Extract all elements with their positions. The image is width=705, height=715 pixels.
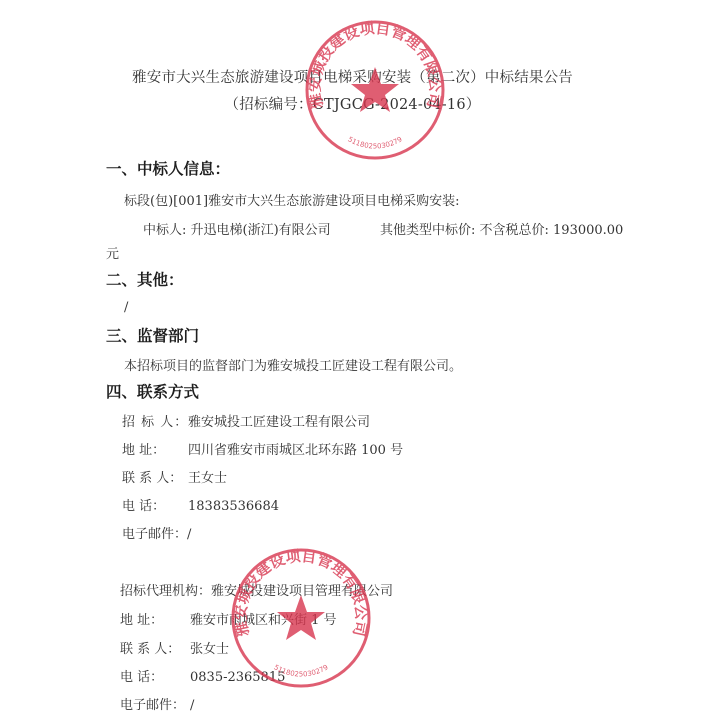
agency-phone-row: 电 话：0835-2365815 <box>120 666 285 685</box>
tenderer-name-label: 招 标 人： <box>122 411 188 430</box>
section-heading-supervision: 三、监督部门 <box>106 324 199 346</box>
other-content: / <box>124 300 128 315</box>
tenderer-person-label: 联 系 人： <box>122 467 188 486</box>
svg-text:5118025030279: 5118025030279 <box>346 135 403 150</box>
tenderer-phone-label: 电 话： <box>122 495 188 514</box>
agency-email-label: 电子邮件： <box>120 694 190 713</box>
tenderer-person-row: 联 系 人：王女士 <box>122 467 227 486</box>
tenderer-name: 雅安城投工匠建设工程有限公司 <box>188 415 370 430</box>
section-heading-contact: 四、联系方式 <box>106 380 199 402</box>
agency-name-label: 招标代理机构： <box>120 584 211 599</box>
winning-price: 其他类型中标价: 不含税总价: 193000.00 <box>380 219 623 238</box>
supervision-content: 本招标项目的监督部门为雅安城投工匠建设工程有限公司。 <box>124 355 462 374</box>
document-title: 雅安市大兴生态旅游建设项目电梯采购安装（第二次）中标结果公告 <box>0 66 705 87</box>
agency-phone: 0835-2365815 <box>190 670 285 685</box>
agency-email: / <box>190 698 194 713</box>
section-heading-other: 二、其他： <box>106 268 184 290</box>
tenderer-person: 王女士 <box>188 471 227 486</box>
agency-person: 张女士 <box>190 642 229 657</box>
agency-address-label: 地 址： <box>120 609 190 628</box>
tender-number: （招标编号：CTJGCG-2024-04-16） <box>0 93 705 114</box>
tenderer-address: 四川省雅安市雨城区北环东路 100 号 <box>188 443 403 458</box>
winner-name: 中标人: 升迅电梯(浙江)有限公司 <box>143 219 331 238</box>
agency-person-row: 联 系 人：张女士 <box>120 638 229 657</box>
tenderer-address-label: 地 址： <box>122 439 188 458</box>
agency-address-row: 地 址：雅安市雨城区和兴街 1 号 <box>120 609 337 628</box>
agency-person-label: 联 系 人： <box>120 638 190 657</box>
tenderer-name-row: 招 标 人：雅安城投工匠建设工程有限公司 <box>122 411 370 430</box>
agency-name: 雅安城投建设项目管理有限公司 <box>211 584 393 599</box>
agency-name-row: 招标代理机构：雅安城投建设项目管理有限公司 <box>120 580 393 599</box>
agency-phone-label: 电 话： <box>120 666 190 685</box>
tenderer-address-row: 地 址：四川省雅安市雨城区北环东路 100 号 <box>122 439 403 458</box>
section-heading-winner: 一、中标人信息： <box>106 157 230 179</box>
price-unit: 元 <box>106 243 119 262</box>
document-page: 雅安市大兴生态旅游建设项目电梯采购安装（第二次）中标结果公告 （招标编号：CTJ… <box>0 0 705 715</box>
agency-address: 雅安市雨城区和兴街 1 号 <box>190 613 337 628</box>
lot-info: 标段(包)[001]雅安市大兴生态旅游建设项目电梯采购安装: <box>124 190 459 209</box>
tenderer-phone-row: 电 话：18383536684 <box>122 495 279 514</box>
tenderer-phone: 18383536684 <box>188 499 279 514</box>
tenderer-email-label: 电子邮件： <box>122 527 187 542</box>
company-seal-stamp: 雅安城投建设项目管理有限公司 5118025030279 <box>300 15 450 165</box>
tenderer-email-row: 电子邮件：/ <box>122 523 191 542</box>
tenderer-email: / <box>187 527 191 542</box>
agency-email-row: 电子邮件：/ <box>120 694 194 713</box>
